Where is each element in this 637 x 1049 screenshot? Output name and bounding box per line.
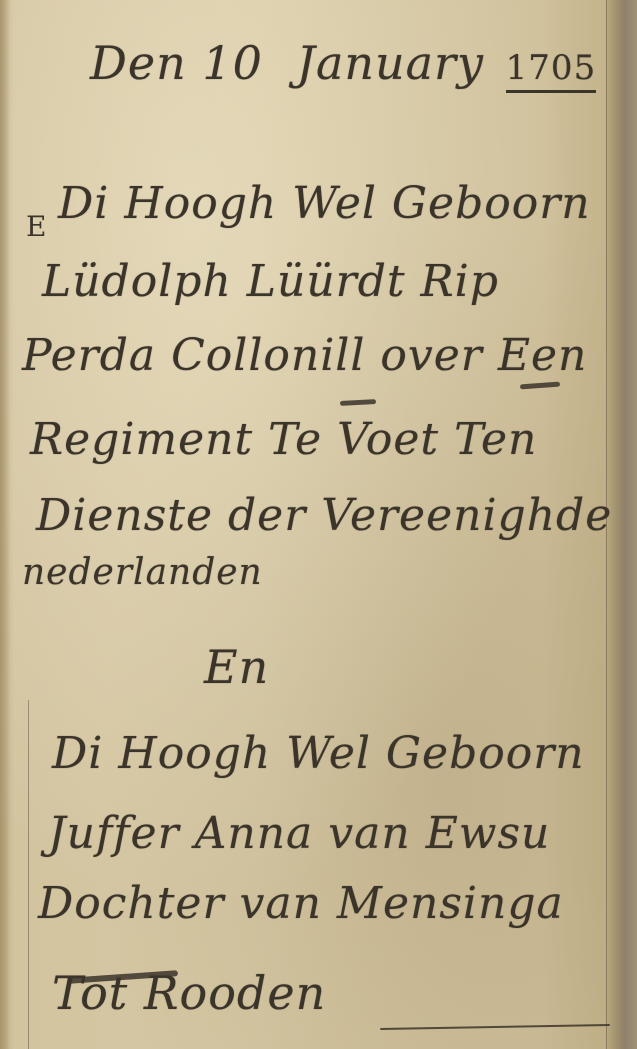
entry-line-9: Juffer Anna van Ewsu bbox=[48, 808, 550, 859]
entry-line-10: Dochter van Mensinga bbox=[38, 878, 564, 929]
entry-line-4: Regiment Te Voet Ten bbox=[30, 414, 537, 465]
entry-line-5: Dienste der Vereenighde bbox=[36, 490, 612, 541]
pen-rule-line bbox=[380, 1024, 610, 1030]
entry-line-1: Di Hoogh Wel Geboorn bbox=[58, 178, 591, 229]
page-left-edge bbox=[0, 0, 10, 1049]
margin-rule-line bbox=[28, 700, 29, 1049]
conjunction-en: En bbox=[204, 640, 269, 694]
entry-line-8: Di Hoogh Wel Geboorn bbox=[52, 728, 585, 779]
manuscript-page: Den 10 January 1705 E Di Hoogh Wel Geboo… bbox=[0, 0, 637, 1049]
pen-stroke bbox=[520, 382, 560, 390]
date-prefix: Den 10 bbox=[90, 36, 263, 90]
entry-line-3: Perda Collonill over Een bbox=[22, 330, 587, 381]
date-line: Den 10 January 1705 bbox=[90, 36, 596, 90]
date-month: January bbox=[297, 36, 485, 90]
date-year: 1705 bbox=[506, 48, 597, 93]
pen-stroke bbox=[340, 399, 376, 406]
margin-mark: E bbox=[26, 210, 46, 243]
entry-line-11: Tot Rooden bbox=[52, 966, 326, 1020]
entry-line-2: Lüdolph Lüürdt Rip bbox=[42, 256, 499, 307]
entry-line-6: nederlanden bbox=[22, 552, 263, 593]
